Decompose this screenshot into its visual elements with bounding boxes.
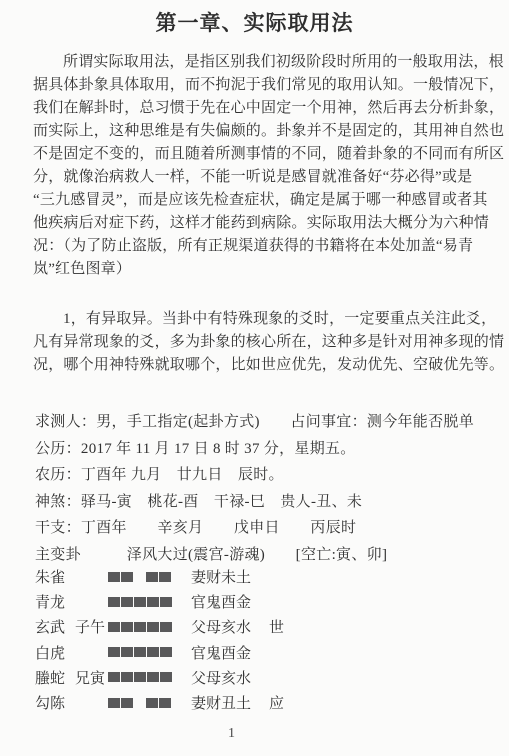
case-info-line: 神煞：驿马-寅 桃花-酉 干禄-巳 贵人-丑、未	[35, 489, 485, 516]
line-block	[147, 647, 159, 657]
document-page: 第一章、实际取用法 所谓实际取用法，是指区别我们初级阶段时所用的一般取用法，根据…	[0, 0, 509, 756]
relative-element-label: 父母亥水	[191, 616, 269, 637]
intro-paragraph: 所谓实际取用法，是指区别我们初级阶段时所用的一般取用法，根据具体卦象具体取用，而…	[33, 51, 481, 281]
yang-line-icon	[108, 647, 175, 657]
six-god-label: 青龙	[35, 591, 75, 612]
line-block	[160, 672, 172, 682]
hexagram-row: 螣蛇兄寅父母亥水	[35, 665, 485, 690]
paragraph-line: 不是固定不变的，而且随着所测事情的不同，随着卦象的不同而有所区	[33, 143, 481, 166]
relative-element-label: 父母亥水	[191, 667, 269, 688]
relative-element-label: 官鬼酉金	[191, 642, 269, 663]
paragraph-line: 分，就像治病救人一样，不能一听说是感冒就准备好“芬必得”或是	[33, 166, 481, 189]
paragraph-line: “三九感冒灵”，而是应该先检查症状，确定是属于哪一种感冒或者其	[33, 189, 481, 212]
line-block	[147, 672, 159, 682]
line-block	[121, 647, 133, 657]
paragraph-line: 所谓实际取用法，是指区别我们初级阶段时所用的一般取用法，根	[33, 51, 481, 74]
line-block	[134, 672, 146, 682]
line-block	[121, 597, 133, 607]
shi-ying-marker: 应	[269, 692, 299, 713]
line-block	[108, 647, 120, 657]
paragraph-line: 1，有异取异。当卦中有特殊现象的爻时，一定要重点关注此爻，	[33, 308, 481, 331]
line-block	[147, 597, 159, 607]
paragraph-line: 况，哪个用神特殊就取哪个，比如世应优先，发动优先、空破优先等。	[33, 354, 481, 377]
paragraph-line: 据具体卦象具体取用，而不拘泥于我们常见的取用认知。一般情况下，	[33, 74, 481, 97]
hexagram-row: 白虎官鬼酉金	[35, 640, 485, 665]
line-block	[134, 597, 146, 607]
yin-line-icon	[108, 698, 175, 708]
case-info-line: 农历：丁酉年 九月 廿九日 辰时。	[35, 462, 485, 489]
paragraph-line: 凡有异常现象的爻，多为卦象的核心所在，这种多是针对用神多现的情	[33, 331, 481, 354]
case-info-line: 求测人：男，手工指定(起卦方式) 占问事宜：测今年能否脱单	[35, 409, 485, 436]
hexagram-table: 朱雀妻财未土青龙官鬼酉金玄武子午父母亥水世白虎官鬼酉金螣蛇兄寅父母亥水勾陈妻财丑…	[35, 564, 485, 715]
line-segment	[108, 572, 133, 582]
paragraph-line: 他疾病后对症下药，这样才能药到病除。实际取用法大概分为六种情	[33, 212, 481, 235]
line-block	[159, 698, 171, 708]
six-god-label: 朱雀	[35, 566, 75, 587]
six-god-label: 螣蛇	[35, 667, 75, 688]
line-segment	[108, 672, 172, 682]
shi-ying-marker: 世	[269, 616, 299, 637]
hidden-spirit-label: 子午	[75, 616, 108, 637]
line-block	[121, 572, 133, 582]
line-block	[160, 647, 172, 657]
line-segment	[108, 647, 172, 657]
yang-line-icon	[108, 672, 175, 682]
six-god-label: 白虎	[35, 642, 75, 663]
paragraph-line: 我们在解卦时，总习惯于先在心中固定一个用神，然后再去分析卦象，	[33, 97, 481, 120]
line-block	[108, 698, 120, 708]
line-block	[108, 672, 120, 682]
six-god-label: 玄武	[35, 616, 75, 637]
yin-line-icon	[108, 572, 175, 582]
paragraph-line: 况：（为了防止盗版，所有正规渠道获得的书籍将在本处加盖“易青	[33, 235, 481, 258]
hexagram-row: 朱雀妻财未土	[35, 564, 485, 589]
hidden-spirit-label: 兄寅	[75, 667, 108, 688]
line-block	[146, 572, 158, 582]
line-segment	[108, 597, 172, 607]
line-block	[159, 572, 171, 582]
line-block	[147, 622, 159, 632]
paragraph-line: 岚”红色图章）	[33, 258, 481, 281]
line-block	[160, 597, 172, 607]
line-block	[146, 698, 158, 708]
yang-line-icon	[108, 622, 175, 632]
line-block	[121, 698, 133, 708]
line-block	[121, 672, 133, 682]
section-one-paragraph: 1，有异取异。当卦中有特殊现象的爻时，一定要重点关注此爻，凡有异常现象的爻，多为…	[33, 308, 481, 377]
page-number: 1	[228, 726, 235, 742]
line-block	[121, 622, 133, 632]
line-segment	[146, 572, 171, 582]
relative-element-label: 官鬼酉金	[191, 591, 269, 612]
case-info: 求测人：男，手工指定(起卦方式) 占问事宜：测今年能否脱单公历：2017 年 1…	[35, 409, 485, 568]
relative-element-label: 妻财丑土	[191, 692, 269, 713]
line-block	[134, 647, 146, 657]
hexagram-row: 玄武子午父母亥水世	[35, 614, 485, 639]
case-info-line: 公历：2017 年 11 月 17 日 8 时 37 分，星期五。	[35, 436, 485, 463]
paragraph-line: 而实际上，这种思维是有失偏颇的。卦象并不是固定的，其用神自然也	[33, 120, 481, 143]
line-block	[108, 622, 120, 632]
line-block	[134, 622, 146, 632]
case-info-line: 干支：丁酉年 辛亥月 戊申日 丙辰时	[35, 515, 485, 542]
line-segment	[108, 698, 133, 708]
hexagram-row: 勾陈妻财丑土应	[35, 690, 485, 715]
line-block	[160, 622, 172, 632]
line-block	[108, 572, 120, 582]
chapter-title: 第一章、实际取用法	[0, 7, 509, 37]
six-god-label: 勾陈	[35, 692, 75, 713]
relative-element-label: 妻财未土	[191, 566, 269, 587]
hexagram-row: 青龙官鬼酉金	[35, 589, 485, 614]
line-segment	[108, 622, 172, 632]
yang-line-icon	[108, 597, 175, 607]
line-block	[108, 597, 120, 607]
line-segment	[146, 698, 171, 708]
